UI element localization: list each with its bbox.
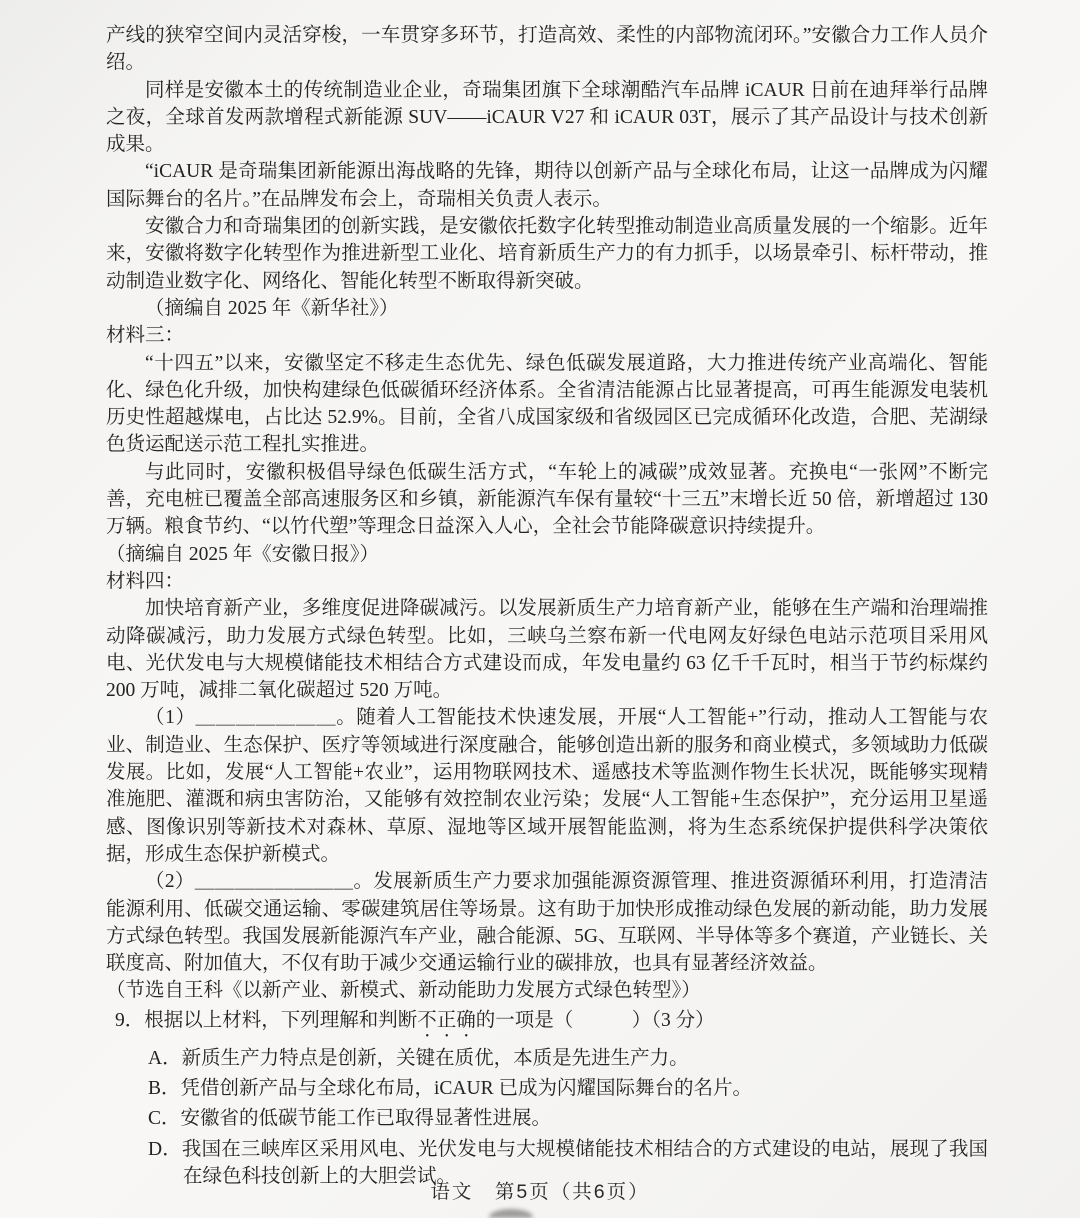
question-text-suffix: 的一项是（ ）（3 分）	[476, 1010, 715, 1031]
scan-artifact	[489, 1209, 533, 1218]
paragraph-digital-transform: 安徽合力和奇瑞集团的创新实践，是安徽依托数字化转型推动制造业高质量发展的一个缩影…	[106, 213, 988, 295]
option-b: B．凭借创新产品与全球化布局，iCAUR 已成为闪耀国际舞台的名片。	[106, 1075, 988, 1102]
attribution-xinhua: （摘编自 2025 年《新华社》）	[106, 295, 988, 322]
paragraph-blank-1-ai: （1）＿＿＿＿＿＿＿。随着人工智能技术快速发展，开展“人工智能+”行动，推动人工…	[106, 704, 988, 868]
material-3-label: 材料三：	[106, 322, 988, 349]
page-footer: 语文 第5页（共6页）	[0, 1176, 1080, 1204]
option-c: C．安徽省的低碳节能工作已取得显著性进展。	[106, 1105, 988, 1132]
paragraph-icaur-quote: “iCAUR 是奇瑞集团新能源出海战略的先锋，期待以创新产品与全球化布局，让这一…	[106, 158, 988, 213]
attribution-anhui-daily: （摘编自 2025 年《安徽日报》）	[106, 541, 988, 568]
option-a: A．新质生产力特点是创新，关键在质优，本质是先进生产力。	[106, 1045, 988, 1072]
attribution-wangke: （节选自王科《以新产业、新模式、新动能助力发展方式绿色转型》）	[106, 977, 988, 1004]
paragraph-low-carbon-life: 与此同时，安徽积极倡导绿色低碳生活方式，“车轮上的减碳”成效显著。充换电“一张网…	[106, 459, 988, 541]
question-9-stem: 9．根据以上材料，下列理解和判断不正确的一项是（ ）（3 分）	[115, 1007, 988, 1042]
material-4-label: 材料四：	[106, 568, 988, 595]
paragraph-green-development: “十四五”以来，安徽坚定不移走生态优先、绿色低碳发展道路，大力推进传统产业高端化…	[106, 350, 988, 459]
paragraph-new-industry: 加快培育新产业，多维度促进降碳减污。以发展新质生产力培育新产业，能够在生产端和治…	[106, 595, 988, 704]
paragraph-material2-continued: 产线的狭窄空间内灵活穿梭，一车贯穿多环节，打造高效、柔性的内部物流闭环。”安徽合…	[106, 22, 988, 77]
question-text-prefix: 9．根据以上材料，下列理解和判断	[115, 1010, 417, 1031]
emphasis-underdot-text: 不正确	[417, 1010, 476, 1031]
paragraph-chery-brand: 同样是安徽本土的传统制造业企业，奇瑞集团旗下全球潮酷汽车品牌 iCAUR 日前在…	[106, 77, 988, 159]
paragraph-blank-2-energy: （2）＿＿＿＿＿＿＿＿。发展新质生产力要求加强能源资源管理、推进资源循环利用，打…	[106, 868, 988, 977]
question-9: 9．根据以上材料，下列理解和判断不正确的一项是（ ）（3 分） A．新质生产力特…	[106, 1007, 988, 1190]
exam-page: 产线的狭窄空间内灵活穿梭，一车贯穿多环节，打造高效、柔性的内部物流闭环。”安徽合…	[0, 0, 1080, 1218]
